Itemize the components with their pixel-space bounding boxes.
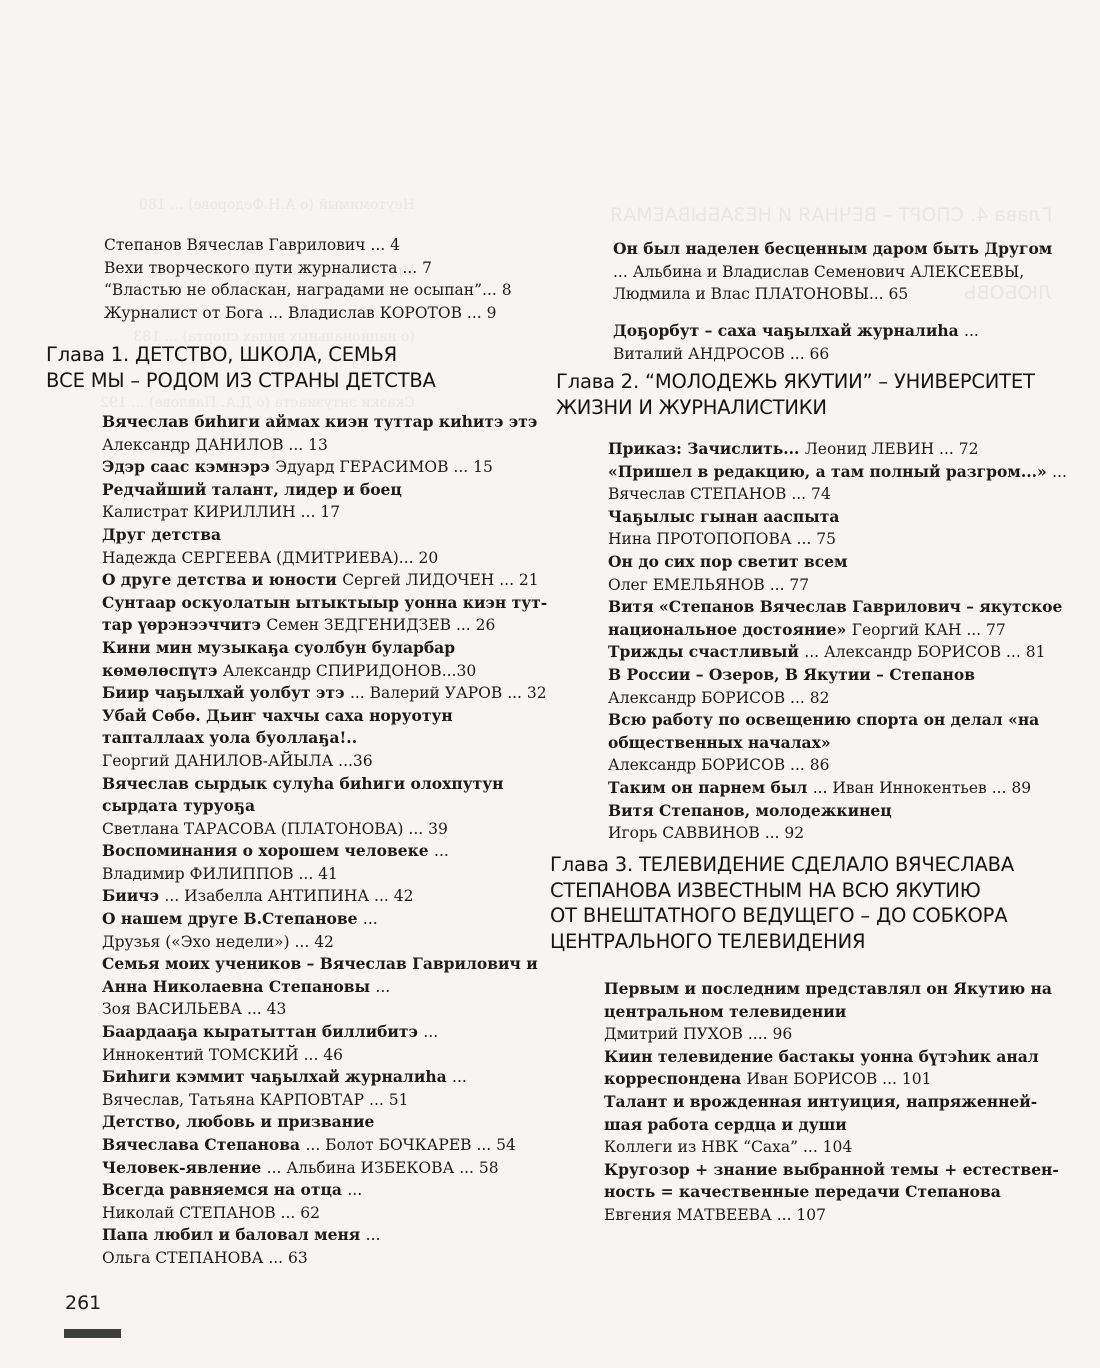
- entry-title: Баардааҕа кыратыттан биллибитэ: [102, 1022, 423, 1041]
- toc-entry-line[interactable]: Иннокентий ТОМСКИЙ ... 46: [102, 1044, 547, 1067]
- toc-entry-line[interactable]: Доҕорбут – саха чаҕылхай журналиhа ...: [613, 320, 979, 343]
- entry-author-page: ...: [452, 1068, 467, 1086]
- entry-title: Биhиги кэммит чаҕылхай журналиhа: [102, 1067, 452, 1086]
- toc-entry-line[interactable]: Детство, любовь и призвание: [102, 1111, 547, 1134]
- toc-entry-line[interactable]: национальное достояние» Георгий КАН ... …: [608, 619, 1067, 642]
- entry-author-page: ... Болот БОЧКАРЕВ ... 54: [305, 1136, 515, 1154]
- entry-title: Воспоминания о хорошем человеке: [102, 841, 434, 860]
- entry-title: В России – Озеров, В Якутии – Степанов: [608, 665, 975, 684]
- toc-entry-line[interactable]: Александр БОРИСОВ ... 82: [608, 687, 1067, 710]
- toc-entry-line[interactable]: Друзья («Эхо недели») ... 42: [102, 931, 547, 954]
- entry-author-page: Николай СТЕПАНОВ ... 62: [102, 1204, 320, 1222]
- entry-title: Убай Сөбө. Дьиҥ чахчы саха норуотун: [102, 706, 453, 725]
- entry-author-page: Иван БОРИСОВ ... 101: [747, 1070, 932, 1088]
- chapter-1-continued-entry: Он был наделен бесценным даром быть Друг…: [613, 238, 1052, 306]
- entry-author-page: ...: [375, 978, 390, 996]
- toc-entry-line[interactable]: Он был наделен бесценным даром быть Друг…: [613, 238, 1052, 261]
- entry-author-page: Виталий АНДРОСОВ ... 66: [613, 345, 829, 363]
- entry-title: Всю работу по освещению спорта он делал …: [608, 710, 1039, 729]
- entry-title: Эдэр саас кэмнэрэ: [102, 457, 275, 476]
- entry-author-page: Олег ЕМЕЛЬЯНОВ ... 77: [608, 576, 809, 594]
- toc-entry-line[interactable]: Георгий ДАНИЛОВ-АЙЫЛА ...36: [102, 750, 547, 773]
- entry-author-page: Игорь САВВИНОВ ... 92: [608, 824, 804, 842]
- entry-author-page: Зоя ВАСИЛЬЕВА ... 43: [102, 1000, 286, 1018]
- toc-entry-line[interactable]: общественных началах»: [608, 732, 1067, 755]
- toc-entry-line[interactable]: Чаҕылыс гынан ааспыта: [608, 506, 1067, 529]
- entry-author-page: ...: [423, 1023, 438, 1041]
- toc-entry[interactable]: Журналист от Бога ... Владислав КОРОТОВ …: [104, 302, 512, 325]
- toc-entry-line[interactable]: Трижды счастливый ... Александр БОРИСОВ …: [608, 641, 1067, 664]
- entry-title: Всегда равняемся на отца: [102, 1180, 347, 1199]
- bleed-heading-line: Глава 4. СПОРТ – ВЕЧНАЯ И НЕЗАБЫВАЕМАЯ: [610, 202, 1052, 228]
- toc-entry-line[interactable]: Первым и последним представлял он Якутию…: [604, 978, 1059, 1001]
- toc-entry-line[interactable]: Биhиги кэммит чаҕылхай журналиhа ...: [102, 1066, 547, 1089]
- toc-entry-line[interactable]: Кругозор + знание выбранной темы + естес…: [604, 1159, 1059, 1182]
- entry-title: Папа любил и баловал меня: [102, 1225, 366, 1244]
- entry-title: Вячеслав сырдык сулуhа биhиги олохпутун: [102, 774, 504, 793]
- toc-intro: Степанов Вячеслав Гаврилович ... 4 Вехи …: [104, 234, 512, 324]
- chapter-heading-line: ЖИЗНИ И ЖУРНАЛИСТИКИ: [556, 395, 1035, 421]
- chapter-heading-line: ВСЕ МЫ – РОДОМ ИЗ СТРАНЫ ДЕТСТВА: [46, 368, 436, 394]
- entry-title: Друг детства: [102, 525, 221, 544]
- entry-author-page: Александр ДАНИЛОВ ... 13: [102, 436, 328, 454]
- toc-entry-line[interactable]: Вячеслав сырдык сулуhа биhиги олохпутун: [102, 773, 547, 796]
- toc-entry-line[interactable]: Редчайший талант, лидер и боец: [102, 479, 547, 502]
- entry-title: О друге детства и юности: [102, 570, 342, 589]
- entry-author-page: Вячеслав СТЕПАНОВ ... 74: [608, 485, 831, 503]
- toc-entry-line[interactable]: Игорь САВВИНОВ ... 92: [608, 822, 1067, 845]
- entry-title: Вячеслав биhиги аймах киэн туттар киhитэ…: [102, 412, 537, 431]
- entry-author-page: ...: [1052, 463, 1067, 481]
- toc-entry-line[interactable]: Вячеслав биhиги аймах киэн туттар киhитэ…: [102, 411, 547, 434]
- entry-title: Биир чаҕылхай уолбут этэ: [102, 683, 350, 702]
- entry-title: Кини мин музыкаҕа суолбун буларбар: [102, 638, 455, 657]
- toc-entry-line[interactable]: О друге детства и юности Сергей ЛИДОЧЕН …: [102, 569, 547, 592]
- entry-author-page: Светлана ТАРАСОВА (ПЛАТОНОВА) ... 39: [102, 820, 448, 838]
- entry-title: Приказ: Зачислить...: [608, 439, 805, 458]
- entry-author-page: Коллеги из НВК “Саха” ... 104: [604, 1138, 852, 1156]
- toc-entry-line[interactable]: Семья моих учеников – Вячеслав Гаврилови…: [102, 953, 547, 976]
- entry-title: Вячеслава Степанова: [102, 1135, 305, 1154]
- toc-entry-line[interactable]: Надежда СЕРГЕЕВА (ДМИТРИЕВА)... 20: [102, 547, 547, 570]
- entry-title: тар үөрэнээччитэ: [102, 615, 266, 634]
- toc-entry-line[interactable]: Витя «Степанов Вячеслав Гаврилович – яку…: [608, 596, 1067, 619]
- toc-entry-line[interactable]: Эдэр саас кэмнэрэ Эдуард ГЕРАСИМОВ ... 1…: [102, 456, 547, 479]
- entry-title: Редчайший талант, лидер и боец: [102, 480, 402, 499]
- entry-author-page: ...: [363, 910, 378, 928]
- entry-title: центральном телевидении: [604, 1002, 846, 1021]
- toc-entry-line[interactable]: центральном телевидении: [604, 1001, 1059, 1024]
- entry-author-page: Калистрат КИРИЛЛИН ... 17: [102, 503, 340, 521]
- toc-entry-line[interactable]: көмөлөспүтэ Александр СПИРИДОНОВ...30: [102, 660, 547, 683]
- toc-entry-line[interactable]: О нашем друге В.Степанове ...: [102, 908, 547, 931]
- toc-entry-line[interactable]: Сунтаар оскуолатын ытыктыыр уонна киэн т…: [102, 592, 547, 615]
- toc-entry-line[interactable]: Всю работу по освещению спорта он делал …: [608, 709, 1067, 732]
- toc-entry-line[interactable]: Нина ПРОТОПОПОВА ... 75: [608, 528, 1067, 551]
- entry-author-page: Александр БОРИСОВ ... 82: [608, 689, 829, 707]
- entry-title: Он до сих пор светит всем: [608, 552, 848, 571]
- chapter-heading-line: Глава 1. ДЕТСТВО, ШКОЛА, СЕМЬЯ: [46, 342, 436, 368]
- entry-author-page: Друзья («Эхо недели») ... 42: [102, 933, 334, 951]
- entry-author-page: Александр СПИРИДОНОВ...30: [223, 662, 476, 680]
- entry-author-page: Ольга СТЕПАНОВА ... 63: [102, 1249, 308, 1267]
- toc-entry-line[interactable]: Калистрат КИРИЛЛИН ... 17: [102, 501, 547, 524]
- toc-entry-line[interactable]: Владимир ФИЛИППОВ ... 41: [102, 863, 547, 886]
- chapter-2-entries: Приказ: Зачислить... Леонид ЛЕВИН ... 72…: [608, 438, 1067, 845]
- entry-title: общественных началах»: [608, 733, 831, 752]
- toc-entry-line[interactable]: Коллеги из НВК “Саха” ... 104: [604, 1136, 1059, 1159]
- entry-title: ность = качественные передачи Степанова: [604, 1182, 1001, 1201]
- toc-entry-line[interactable]: Дмитрий ПУХОВ .... 96: [604, 1023, 1059, 1046]
- entry-title: Человек-явление: [102, 1158, 267, 1177]
- chapter-2-heading: Глава 2. “МОЛОДЕЖЬ ЯКУТИИ” – УНИВЕРСИТЕТ…: [556, 369, 1035, 420]
- entry-author-page: ... Иван Иннокентьев ... 89: [813, 779, 1031, 797]
- entry-author-page: Георгий КАН ... 77: [852, 621, 1006, 639]
- entry-title: Детство, любовь и призвание: [102, 1112, 374, 1131]
- toc-entry-line[interactable]: Талант и врожденная интуиция, напряженне…: [604, 1091, 1059, 1114]
- toc-entry-line[interactable]: Убай Сөбө. Дьиҥ чахчы саха норуотун: [102, 705, 547, 728]
- entry-title: Первым и последним представлял он Якутию…: [604, 979, 1052, 998]
- entry-author-page: ...: [434, 842, 449, 860]
- toc-entry-line[interactable]: Кини мин музыкаҕа суолбун буларбар: [102, 637, 547, 660]
- toc-entry-line[interactable]: Витя Степанов, молодежкинец: [608, 800, 1067, 823]
- entry-author-page: ...: [366, 1226, 381, 1244]
- entry-author-page: Леонид ЛЕВИН ... 72: [805, 440, 979, 458]
- toc-entry-line[interactable]: шая работа сердца и души: [604, 1114, 1059, 1137]
- toc-entry-line[interactable]: тапталлаах уола буоллаҕа!..: [102, 727, 547, 750]
- entry-title: көмөлөспүтэ: [102, 661, 223, 680]
- toc-entry-line[interactable]: Вячеслав, Татьяна КАРПОВТАР ... 51: [102, 1089, 547, 1112]
- chapter-3-entries: Первым и последним представлял он Якутию…: [604, 978, 1059, 1227]
- entry-title: сырдата туруоҕа: [102, 796, 255, 815]
- toc-entry-line[interactable]: Александр ДАНИЛОВ ... 13: [102, 434, 547, 457]
- toc-entry-line[interactable]: Ольга СТЕПАНОВА ... 63: [102, 1247, 547, 1270]
- entry-title: Доҕорбут – саха чаҕылхай журналиhа: [613, 321, 964, 340]
- toc-entry-line[interactable]: Он до сих пор светит всем: [608, 551, 1067, 574]
- chapter-3-heading: Глава 3. ТЕЛЕВИДЕНИЕ СДЕЛАЛО ВЯЧЕСЛАВА С…: [550, 852, 1014, 954]
- toc-entry[interactable]: Степанов Вячеслав Гаврилович ... 4: [104, 234, 512, 257]
- toc-entry-line[interactable]: Папа любил и баловал меня ...: [102, 1224, 547, 1247]
- chapter-heading-line: ЦЕНТРАЛЬНОГО ТЕЛЕВИДЕНИЯ: [550, 929, 1014, 955]
- chapter-1-heading: Глава 1. ДЕТСТВО, ШКОЛА, СЕМЬЯ ВСЕ МЫ – …: [46, 342, 436, 393]
- page-number: 261: [65, 1292, 101, 1314]
- entry-author-page: Нина ПРОТОПОПОВА ... 75: [608, 530, 836, 548]
- entry-title: «Пришел в редакцию, а там полный разгром…: [608, 462, 1052, 481]
- entry-title: национальное достояние»: [608, 620, 852, 639]
- entry-author-page: ...: [964, 322, 979, 340]
- toc-entry-line[interactable]: Виталий АНДРОСОВ ... 66: [613, 343, 979, 366]
- entry-title: Анна Николаевна Степановы: [102, 977, 375, 996]
- entry-author-page: ... Валерий УАРОВ ... 32: [350, 684, 547, 702]
- toc-entry-line[interactable]: тар үөрэнээччитэ Семен ЗЕДГЕНИДЗЕВ ... 2…: [102, 614, 547, 637]
- toc-entry-line[interactable]: Людмила и Влас ПЛАТОНОВЫ... 65: [613, 283, 1052, 306]
- entry-title: шая работа сердца и души: [604, 1115, 847, 1134]
- entry-author-page: Сергей ЛИДОЧЕН ... 21: [342, 571, 538, 589]
- entry-author-page: ... Альбина ИЗБЕКОВА ... 58: [267, 1159, 499, 1177]
- toc-entry-line[interactable]: Киин телевидение бастакы уонна бүтэhик а…: [604, 1046, 1059, 1069]
- entry-title: Кругозор + знание выбранной темы + естес…: [604, 1160, 1059, 1179]
- toc-entry-line[interactable]: Вячеслав СТЕПАНОВ ... 74: [608, 483, 1067, 506]
- toc-entry-line[interactable]: Евгения МАТВЕЕВА ... 107: [604, 1204, 1059, 1227]
- entry-title: Трижды счастливый: [608, 642, 804, 661]
- toc-entry-line[interactable]: ... Альбина и Владислав Семенович АЛЕКСЕ…: [613, 261, 1052, 284]
- toc-entry-line[interactable]: Воспоминания о хорошем человеке ...: [102, 840, 547, 863]
- page-footer-bar: [64, 1329, 121, 1338]
- toc-entry-line[interactable]: Вячеслава Степанова ... Болот БОЧКАРЕВ .…: [102, 1134, 547, 1157]
- entry-title: Таким он парнем был: [608, 778, 813, 797]
- entry-author-page: Эдуард ГЕРАСИМОВ ... 15: [275, 458, 493, 476]
- toc-entry-line[interactable]: Николай СТЕПАНОВ ... 62: [102, 1202, 547, 1225]
- chapter-1-continued-entry: Доҕорбут – саха чаҕылхай журналиhа ...Ви…: [613, 320, 979, 365]
- entry-author-page: Надежда СЕРГЕЕВА (ДМИТРИЕВА)... 20: [102, 549, 438, 567]
- toc-entry-line[interactable]: ность = качественные передачи Степанова: [604, 1181, 1059, 1204]
- entry-title: тапталлаах уола буоллаҕа!..: [102, 728, 357, 747]
- toc-entry-line[interactable]: Анна Николаевна Степановы ...: [102, 976, 547, 999]
- entry-author-page: Евгения МАТВЕЕВА ... 107: [604, 1206, 826, 1224]
- toc-entry-line[interactable]: Баардааҕа кыратыттан биллибитэ ...: [102, 1021, 547, 1044]
- toc-entry-line[interactable]: Приказ: Зачислить... Леонид ЛЕВИН ... 72: [608, 438, 1067, 461]
- entry-author-page: Дмитрий ПУХОВ .... 96: [604, 1025, 792, 1043]
- toc-entry[interactable]: “Властью не обласкан, наградами не осыпа…: [104, 279, 512, 302]
- bleed-line: Неутомимый (о А.Н.Федорове) ... 180: [100, 194, 415, 216]
- entry-author-page: Иннокентий ТОМСКИЙ ... 46: [102, 1046, 343, 1064]
- entry-title: О нашем друге В.Степанове: [102, 909, 363, 928]
- entry-author-page: Георгий ДАНИЛОВ-АЙЫЛА ...36: [102, 752, 373, 770]
- chapter-heading-line: СТЕПАНОВА ИЗВЕСТНЫМ НА ВСЮ ЯКУТИЮ: [550, 878, 1014, 904]
- entry-author-page: Вячеслав, Татьяна КАРПОВТАР ... 51: [102, 1091, 408, 1109]
- chapter-heading-line: Глава 2. “МОЛОДЕЖЬ ЯКУТИИ” – УНИВЕРСИТЕТ: [556, 369, 1035, 395]
- entry-title: Он был наделен бесценным даром быть Друг…: [613, 239, 1052, 258]
- entry-author-page: Семен ЗЕДГЕНИДЗЕВ ... 26: [266, 616, 495, 634]
- entry-title: Талант и врожденная интуиция, напряженне…: [604, 1092, 1037, 1111]
- entry-title: Биичэ: [102, 886, 164, 905]
- toc-entry-line[interactable]: Биичэ ... Изабелла АНТИПИНА ... 42: [102, 885, 547, 908]
- toc-entry-line[interactable]: «Пришел в редакцию, а там полный разгром…: [608, 461, 1067, 484]
- entry-title: Семья моих учеников – Вячеслав Гаврилови…: [102, 954, 538, 973]
- chapter-1-entries: Вячеслав биhиги аймах киэн туттар киhитэ…: [102, 411, 547, 1270]
- entry-title: Сунтаар оскуолатын ытыктыыр уонна киэн т…: [102, 593, 547, 612]
- entry-title: Витя Степанов, молодежкинец: [608, 801, 892, 820]
- entry-author-page: ... Альбина и Владислав Семенович АЛЕКСЕ…: [613, 263, 1024, 281]
- toc-entry-line[interactable]: Человек-явление ... Альбина ИЗБЕКОВА ...…: [102, 1157, 547, 1180]
- entry-author-page: ...: [347, 1181, 362, 1199]
- entry-author-page: Александр БОРИСОВ ... 86: [608, 756, 829, 774]
- toc-entry-line[interactable]: Всегда равняемся на отца ...: [102, 1179, 547, 1202]
- toc-entry-line[interactable]: Биир чаҕылхай уолбут этэ ... Валерий УАР…: [102, 682, 547, 705]
- entry-title: корреспондена: [604, 1069, 747, 1088]
- chapter-heading-line: ОТ ВНЕШТАТНОГО ВЕДУЩЕГО – ДО СОБКОРА: [550, 903, 1014, 929]
- entry-title: Чаҕылыс гынан ааспыта: [608, 507, 839, 526]
- toc-entry-line[interactable]: Светлана ТАРАСОВА (ПЛАТОНОВА) ... 39: [102, 818, 547, 841]
- toc-entry-line[interactable]: Таким он парнем был ... Иван Иннокентьев…: [608, 777, 1067, 800]
- toc-entry-line[interactable]: В России – Озеров, В Якутии – Степанов: [608, 664, 1067, 687]
- toc-entry-line[interactable]: Олег ЕМЕЛЬЯНОВ ... 77: [608, 574, 1067, 597]
- toc-entry-line[interactable]: Александр БОРИСОВ ... 86: [608, 754, 1067, 777]
- entry-title: Витя «Степанов Вячеслав Гаврилович – яку…: [608, 597, 1062, 616]
- toc-entry-line[interactable]: Друг детства: [102, 524, 547, 547]
- toc-entry[interactable]: Вехи творческого пути журналиста ... 7: [104, 257, 512, 280]
- toc-entry-line[interactable]: Зоя ВАСИЛЬЕВА ... 43: [102, 998, 547, 1021]
- toc-entry-line[interactable]: сырдата туруоҕа: [102, 795, 547, 818]
- entry-author-page: ... Александр БОРИСОВ ... 81: [804, 643, 1045, 661]
- toc-entry-line[interactable]: корреспондена Иван БОРИСОВ ... 101: [604, 1068, 1059, 1091]
- entry-title: Киин телевидение бастакы уонна бүтэhик а…: [604, 1047, 1039, 1066]
- entry-author-page: Владимир ФИЛИППОВ ... 41: [102, 865, 338, 883]
- entry-author-page: Людмила и Влас ПЛАТОНОВЫ... 65: [613, 285, 908, 303]
- chapter-heading-line: Глава 3. ТЕЛЕВИДЕНИЕ СДЕЛАЛО ВЯЧЕСЛАВА: [550, 852, 1014, 878]
- entry-author-page: ... Изабелла АНТИПИНА ... 42: [164, 887, 413, 905]
